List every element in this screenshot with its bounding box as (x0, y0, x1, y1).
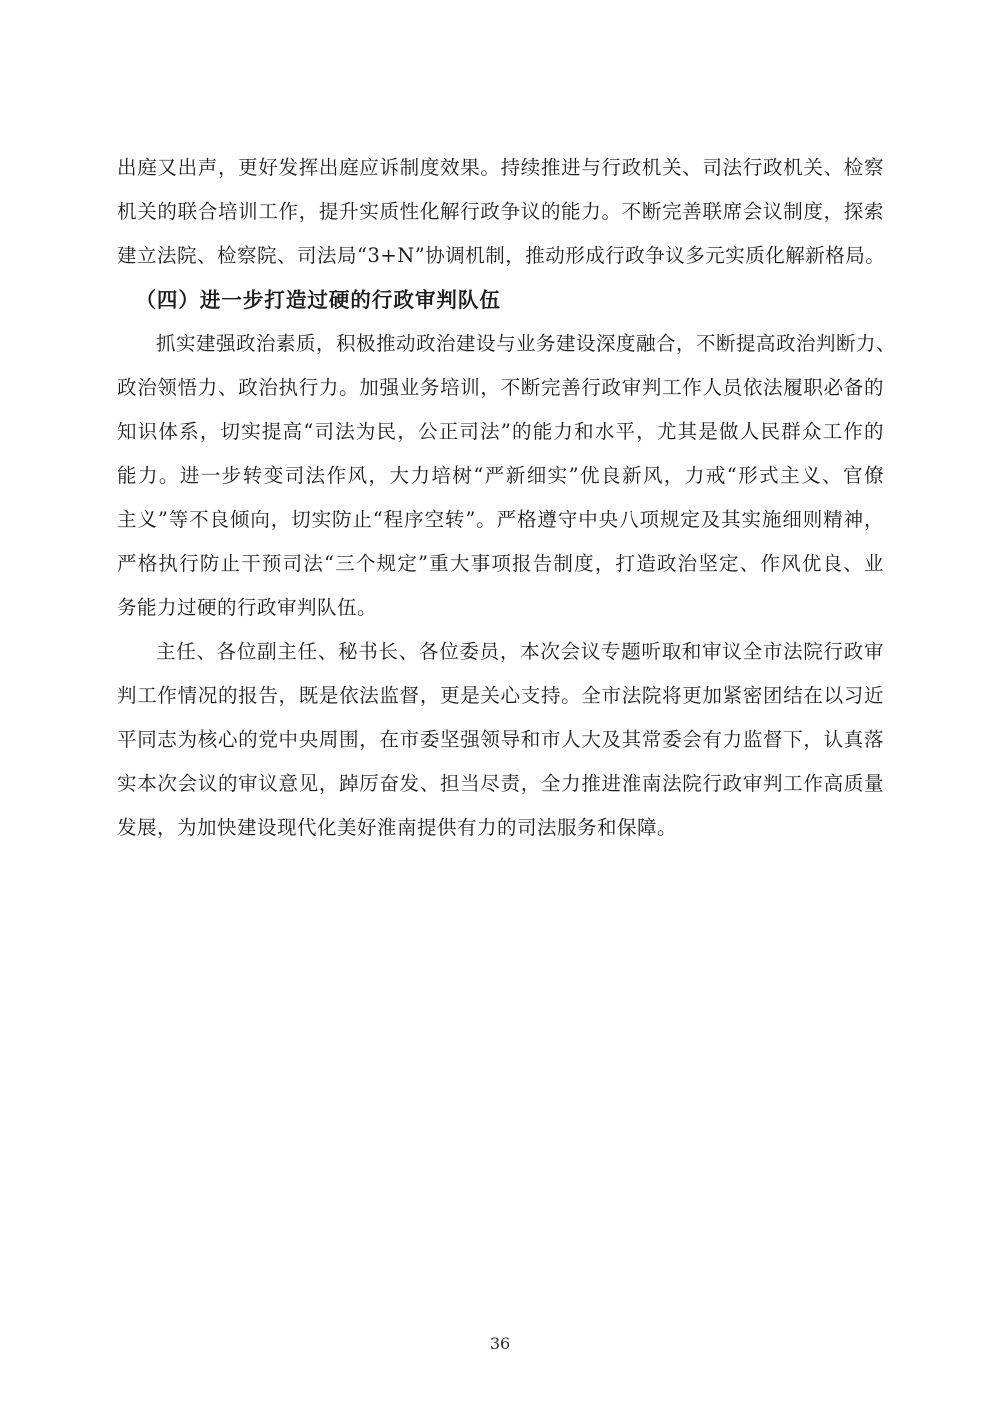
body-line: 发展，为加快建设现代化美好淮南提供有力的司法服务和保障。 (117, 806, 884, 850)
paragraph-continuation: 出庭又出声，更好发挥出庭应诉制度效果。持续推进与行政机关、司法行政机关、检察 机… (117, 146, 884, 278)
body-line: 务能力过硬的行政审判队伍。 (117, 586, 884, 630)
body-line: 机关的联合培训工作，提升实质性化解行政争议的能力。不断完善联席会议制度，探索 (117, 190, 884, 234)
page-number: 36 (0, 1334, 1000, 1353)
body-line: 判工作情况的报告，既是依法监督，更是关心支持。全市法院将更加紧密团结在以习近 (117, 674, 884, 718)
paragraph: 抓实建强政治素质，积极推动政治建设与业务建设深度融合，不断提高政治判断力、 政治… (117, 322, 884, 630)
body-line: 政治领悟力、政治执行力。加强业务培训，不断完善行政审判工作人员依法履职必备的 (117, 366, 884, 410)
paragraph: 主任、各位副主任、秘书长、各位委员，本次会议专题听取和审议全市法院行政审 判工作… (117, 630, 884, 850)
body-line: 严格执行防止干预司法“三个规定”重大事项报告制度，打造政治坚定、作风优良、业 (117, 542, 884, 586)
body-line: 主义”等不良倾向，切实防止“程序空转”。严格遵守中央八项规定及其实施细则精神， (117, 498, 884, 542)
body-line: 出庭又出声，更好发挥出庭应诉制度效果。持续推进与行政机关、司法行政机关、检察 (117, 146, 884, 190)
body-line: 主任、各位副主任、秘书长、各位委员，本次会议专题听取和审议全市法院行政审 (117, 630, 884, 674)
body-line: 实本次会议的审议意见，踔厉奋发、担当尽责，全力推进淮南法院行政审判工作高质量 (117, 762, 884, 806)
body-line: 抓实建强政治素质，积极推动政治建设与业务建设深度融合，不断提高政治判断力、 (117, 322, 884, 366)
body-line: 建立法院、检察院、司法局“3+N”协调机制，推动形成行政争议多元实质化解新格局。 (117, 234, 884, 278)
document-body: 出庭又出声，更好发挥出庭应诉制度效果。持续推进与行政机关、司法行政机关、检察 机… (117, 146, 884, 850)
section-heading: （四）进一步打造过硬的行政审判队伍 (117, 278, 884, 322)
document-page: 出庭又出声，更好发挥出庭应诉制度效果。持续推进与行政机关、司法行政机关、检察 机… (0, 0, 1000, 1415)
body-line: 能力。进一步转变司法作风，大力培树“严新细实”优良新风，力戒“形式主义、官僚 (117, 454, 884, 498)
body-line: 平同志为核心的党中央周围，在市委坚强领导和市人大及其常委会有力监督下，认真落 (117, 718, 884, 762)
body-line: 知识体系，切实提高“司法为民，公正司法”的能力和水平，尤其是做人民群众工作的 (117, 410, 884, 454)
